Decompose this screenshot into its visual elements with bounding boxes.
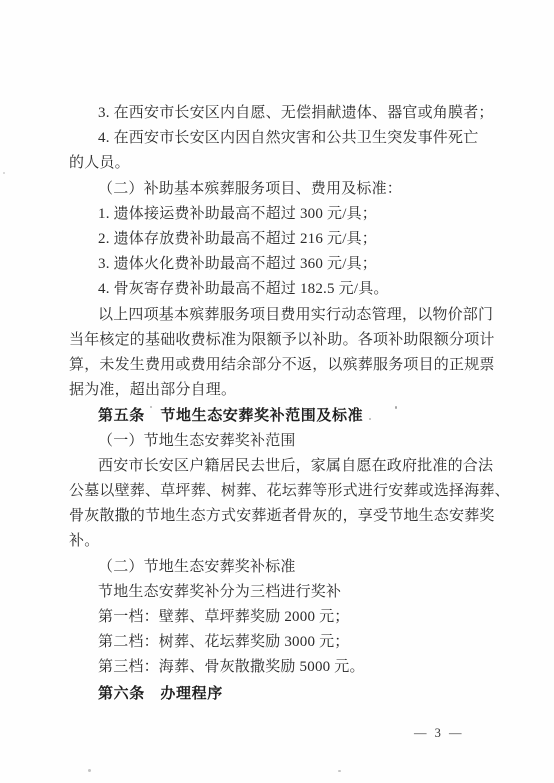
text-line: 第二档：树葬、花坛葬奖励 3000 元； [69,630,495,655]
text-line: 的人员。 [69,151,495,176]
scan-speck [150,406,152,408]
text-line: 第三档：海葬、骨灰散撒奖励 5000 元。 [69,655,495,680]
section-heading: 第五条 节地生态安葬奖补范围及标准 [69,403,495,428]
text-line: 当年核定的基础收费标准为限额予以补助。各项补助限额分项计 [69,328,495,353]
scan-speck [338,770,341,772]
text-line: 算，未发生费用或费用结余部分不返，以殡葬服务项目的正规票 [69,353,495,378]
text-line: 第一档：壁葬、草坪葬奖励 2000 元； [69,605,495,630]
text-line: （一）节地生态安葬奖补范围 [69,429,495,454]
text-line: （二）补助基本殡葬服务项目、费用及标准： [69,177,495,202]
text-line: 1. 遗体接运费补助最高不超过 300 元/具； [69,202,495,227]
text-line: （二）节地生态安葬奖补标准 [69,555,495,580]
text-line: 4. 骨灰寄存费补助最高不超过 182.5 元/具。 [69,277,495,302]
scan-speck [88,769,91,772]
text-line: 3. 遗体火化费补助最高不超过 360 元/具； [69,252,495,277]
document-page: 3. 在西安市长安区内自愿、无偿捐献遗体、器官或角膜者；4. 在西安市长安区内因… [0,0,554,783]
scan-speck [3,172,5,174]
text-line: 以上四项基本殡葬服务项目费用实行动态管理，以物价部门 [69,303,495,328]
text-line: 据为准，超出部分自理。 [69,378,495,403]
scan-speck [395,406,397,409]
text-line: 补。 [69,529,495,554]
text-line: 4. 在西安市长安区内因自然灾害和公共卫生突发事件死亡 [69,126,495,151]
page-number: — 3 — [414,726,464,741]
scan-speck [369,418,371,420]
text-line: 3. 在西安市长安区内自愿、无偿捐献遗体、器官或角膜者； [69,101,495,126]
text-line: 西安市长安区户籍居民去世后，家属自愿在政府批准的合法 [69,454,495,479]
document-body: 3. 在西安市长安区内自愿、无偿捐献遗体、器官或角膜者；4. 在西安市长安区内因… [69,101,495,706]
section-heading: 第六条 办理程序 [69,681,495,706]
text-line: 节地生态安葬奖补分为三档进行奖补 [69,580,495,605]
text-line: 骨灰散撒的节地生态方式安葬逝者骨灰的，享受节地生态安葬奖 [69,504,495,529]
text-line: 公墓以壁葬、草坪葬、树葬、花坛葬等形式进行安葬或选择海葬、 [69,479,495,504]
text-line: 2. 遗体存放费补助最高不超过 216 元/具； [69,227,495,252]
